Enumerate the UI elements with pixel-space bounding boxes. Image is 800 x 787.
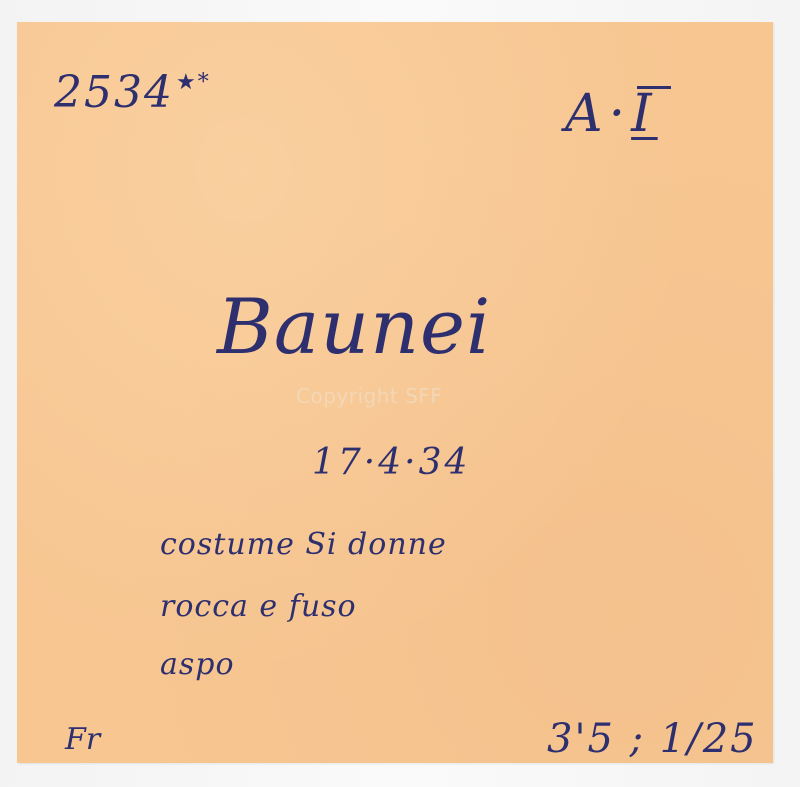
description-line-1: costume Si donne bbox=[160, 527, 447, 562]
exposure-settings: 3'5 ; 1/25 bbox=[547, 716, 758, 762]
section-code: A·I bbox=[565, 84, 658, 144]
author-initials: Fr bbox=[65, 722, 100, 757]
scan-background: 2534★* A·I Baunei 17·4·34 costume Si don… bbox=[0, 0, 800, 787]
accession-number-text: 2534 bbox=[54, 67, 174, 118]
description-line-3: aspo bbox=[160, 647, 235, 682]
section-roman-numeral: I bbox=[631, 84, 658, 144]
accession-number: 2534★* bbox=[54, 67, 211, 118]
section-dot: · bbox=[609, 84, 632, 144]
section-prefix: A bbox=[565, 84, 609, 144]
description-line-2: rocca e fuso bbox=[160, 589, 357, 624]
star-marks-icon: ★* bbox=[176, 70, 211, 95]
record-date: 17·4·34 bbox=[312, 442, 470, 483]
copyright-watermark: Copyright SFF bbox=[296, 384, 442, 408]
place-name: Baunei bbox=[217, 282, 491, 371]
